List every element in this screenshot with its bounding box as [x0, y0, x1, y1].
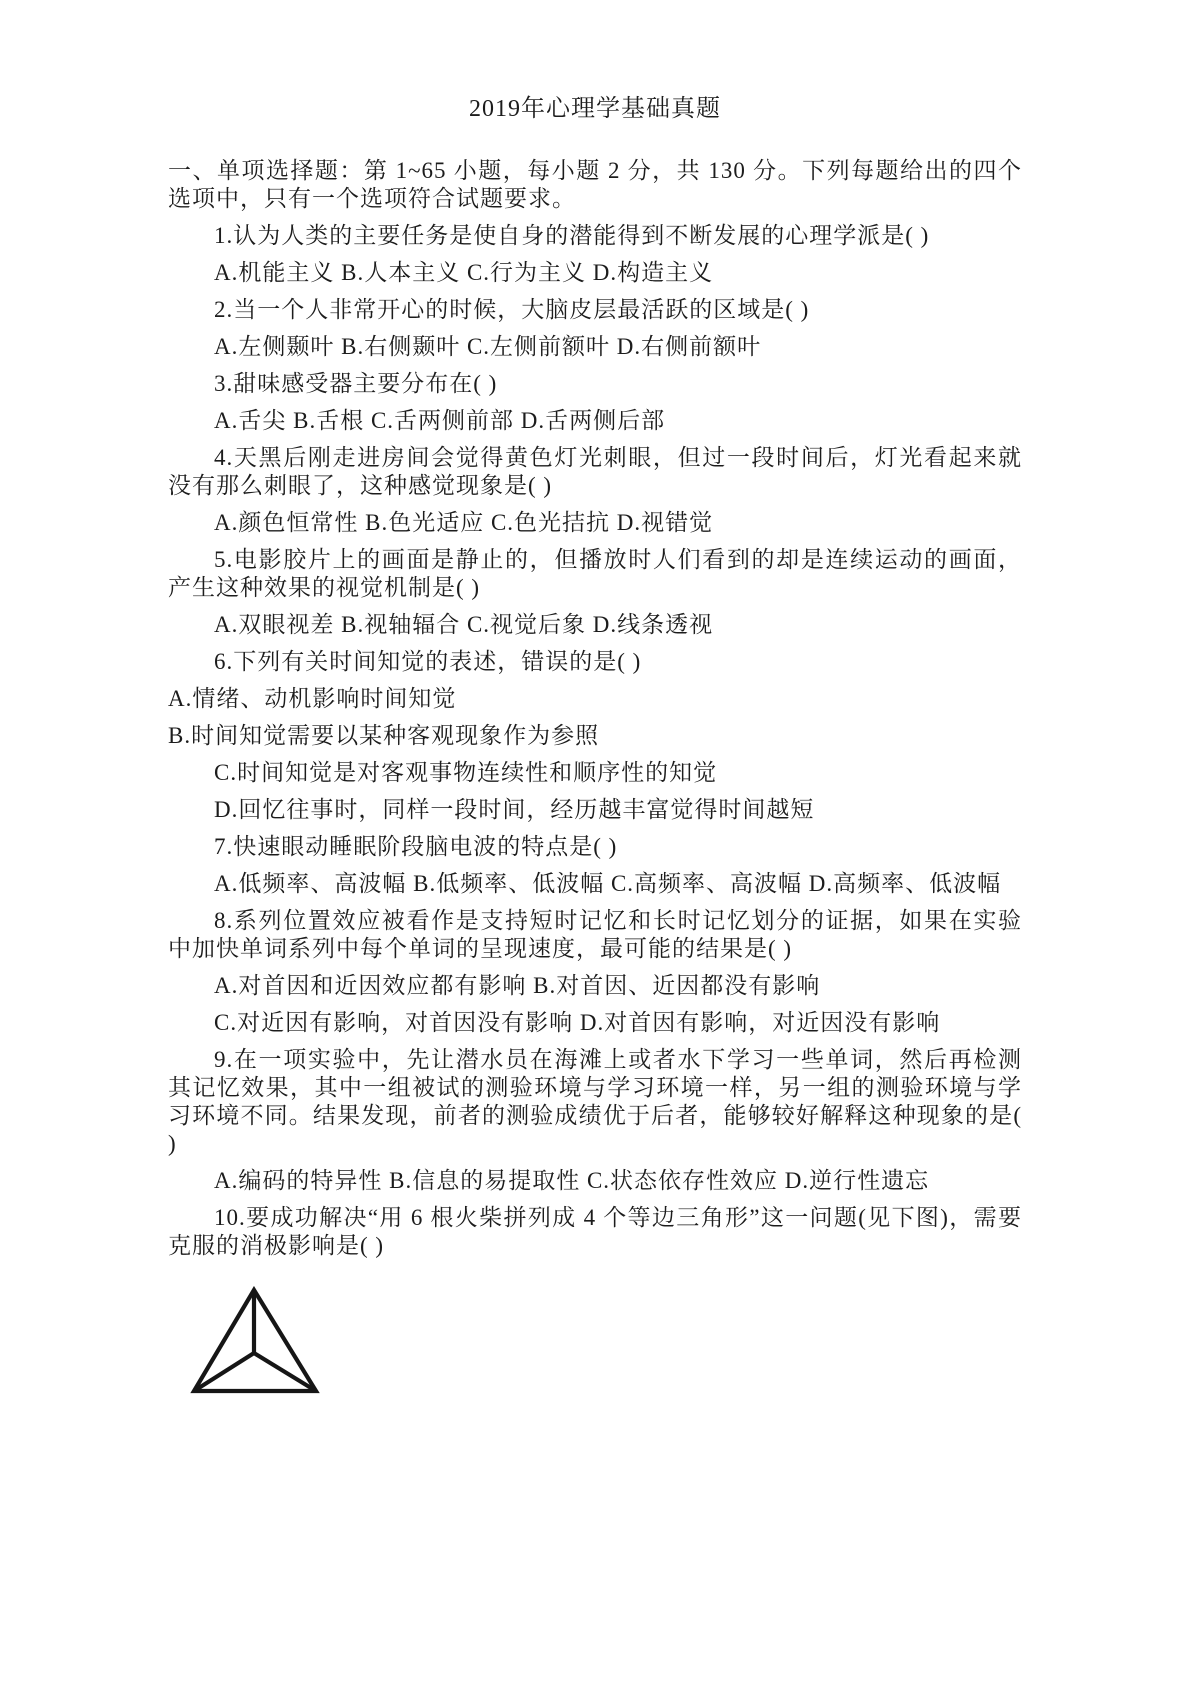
question-1-options: A.机能主义 B.人本主义 C.行为主义 D.构造主义: [168, 259, 1022, 287]
question-2: 2.当一个人非常开心的时候，大脑皮层最活跃的区域是( ): [168, 296, 1022, 324]
question-8-options-cd: C.对近因有影响，对首因没有影响 D.对首因有影响，对近因没有影响: [168, 1009, 1022, 1037]
question-6: 6.下列有关时间知觉的表述，错误的是( ): [168, 648, 1022, 676]
document-title: 2019年心理学基础真题: [168, 88, 1022, 123]
question-6-option-c: C.时间知觉是对客观事物连续性和顺序性的知觉: [168, 759, 1022, 787]
question-1: 1.认为人类的主要任务是使自身的潜能得到不断发展的心理学派是( ): [168, 222, 1022, 250]
question-2-options: A.左侧颞叶 B.右侧颞叶 C.左侧前额叶 D.右侧前额叶: [168, 333, 1022, 361]
question-6-option-b: B.时间知觉需要以某种客观现象作为参照: [168, 722, 1022, 750]
question-7: 7.快速眼动睡眠阶段脑电波的特点是( ): [168, 833, 1022, 861]
question-3-options: A.舌尖 B.舌根 C.舌两侧前部 D.舌两侧后部: [168, 407, 1022, 435]
question-6-option-a: A.情绪、动机影响时间知觉: [168, 685, 1022, 713]
matchstick-triangle-figure: [190, 1286, 320, 1396]
section-intro-paragraph: 一、单项选择题：第 1~65 小题，每小题 2 分，共 130 分。下列每题给出…: [168, 157, 1022, 213]
question-4: 4.天黑后刚走进房间会觉得黄色灯光刺眼，但过一段时间后，灯光看起来就没有那么刺眼…: [168, 444, 1022, 500]
question-8-options-ab: A.对首因和近因效应都有影响 B.对首因、近因都没有影响: [168, 972, 1022, 1000]
question-8: 8.系列位置效应被看作是支持短时记忆和长时记忆划分的证据，如果在实验中加快单词系…: [168, 907, 1022, 963]
question-4-options: A.颜色恒常性 B.色光适应 C.色光拮抗 D.视错觉: [168, 509, 1022, 537]
question-6-option-d: D.回忆往事时，同样一段时间，经历越丰富觉得时间越短: [168, 796, 1022, 824]
question-7-options: A.低频率、高波幅 B.低频率、低波幅 C.高频率、高波幅 D.高频率、低波幅: [168, 870, 1022, 898]
question-9: 9.在一项实验中，先让潜水员在海滩上或者水下学习一些单词，然后再检测其记忆效果，…: [168, 1046, 1022, 1158]
exam-document-page: 2019年心理学基础真题 一、单项选择题：第 1~65 小题，每小题 2 分，共…: [0, 0, 1190, 1683]
question-5: 5.电影胶片上的画面是静止的，但播放时人们看到的却是连续运动的画面，产生这种效果…: [168, 546, 1022, 602]
question-10: 10.要成功解决“用 6 根火柴拼列成 4 个等边三角形”这一问题(见下图)，需…: [168, 1204, 1022, 1260]
question-3: 3.甜味感受器主要分布在( ): [168, 370, 1022, 398]
question-5-options: A.双眼视差 B.视轴辐合 C.视觉后象 D.线条透视: [168, 611, 1022, 639]
question-9-options: A.编码的特异性 B.信息的易提取性 C.状态依存性效应 D.逆行性遗忘: [168, 1167, 1022, 1195]
